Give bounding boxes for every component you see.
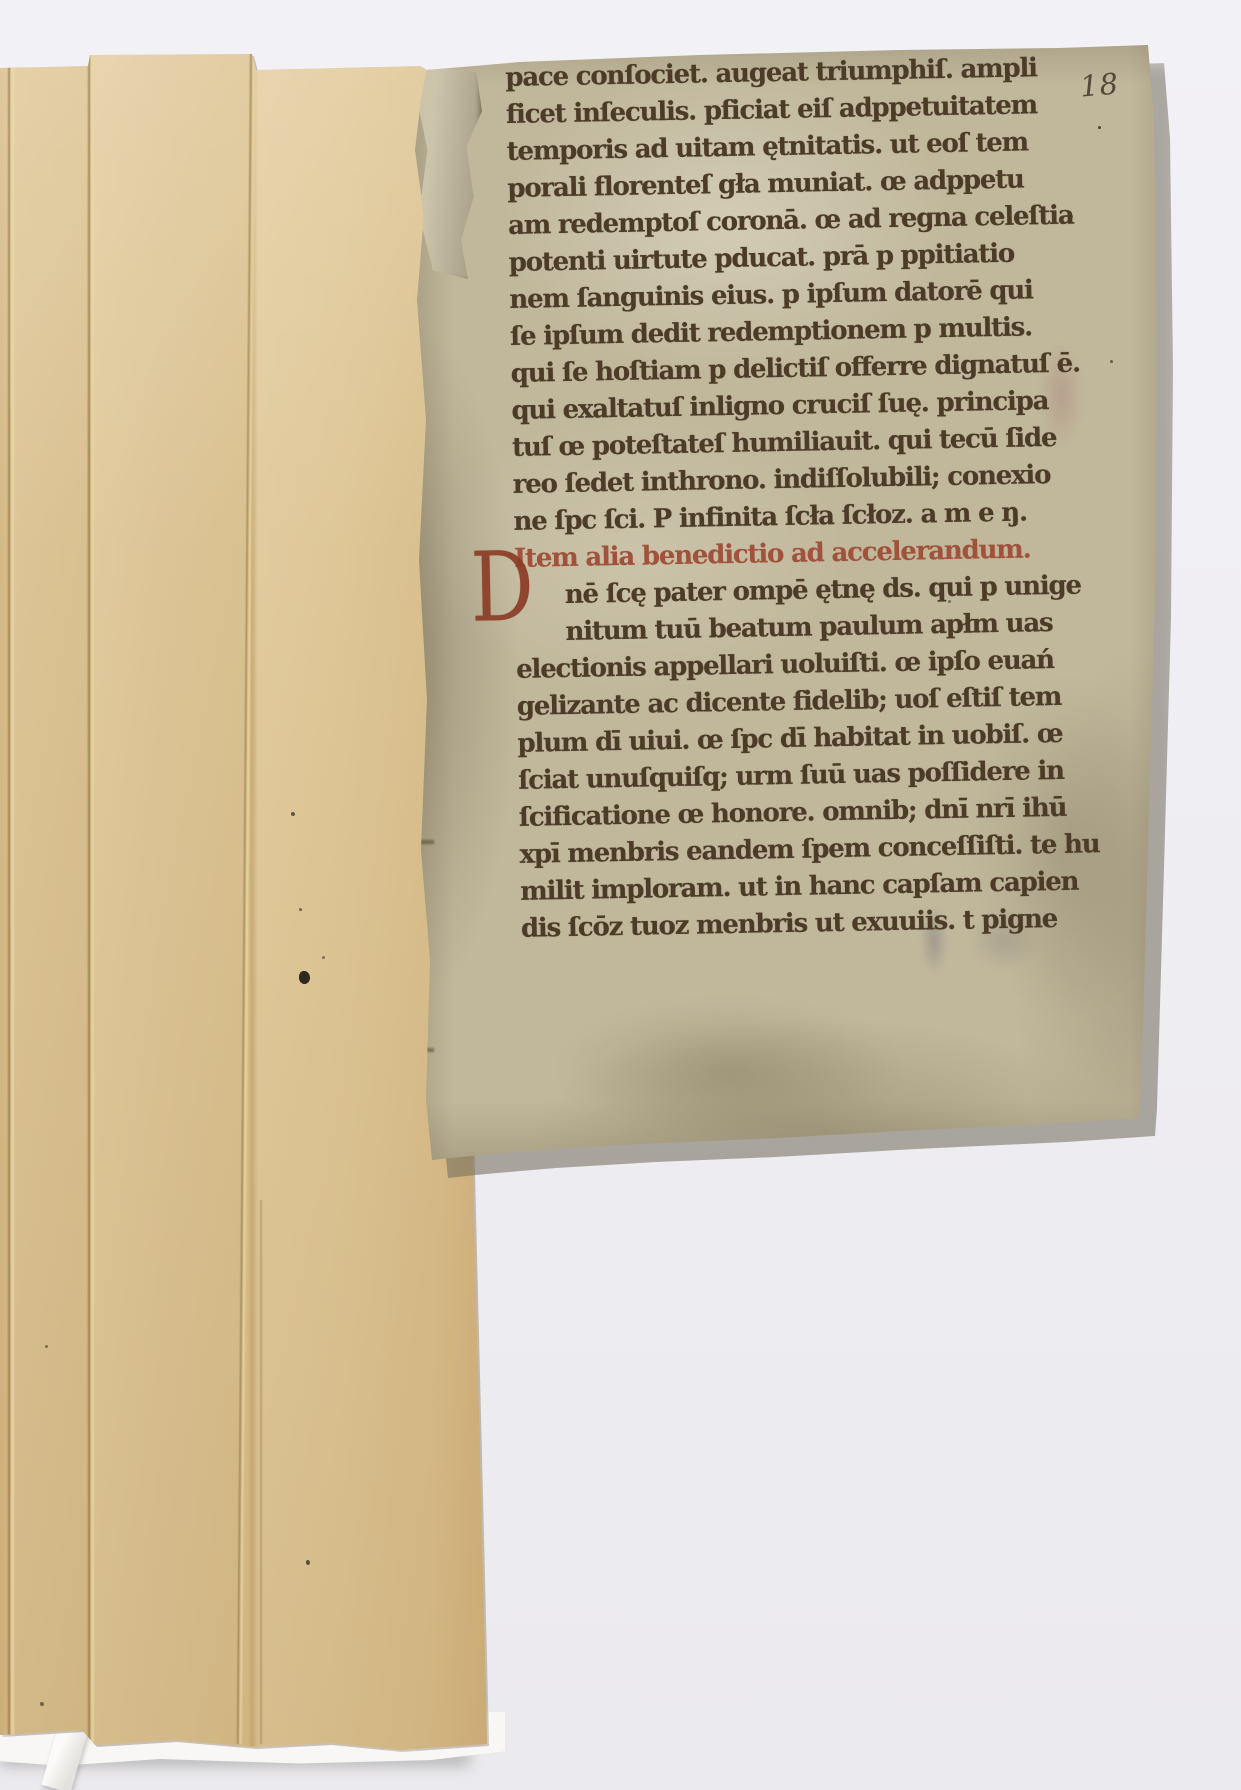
- paper-crease: [8, 50, 10, 1740]
- ink-speck: [299, 971, 310, 984]
- ink-speck: [40, 1702, 44, 1706]
- ink-speck: [291, 812, 295, 816]
- paper-crease-highlight: [91, 50, 94, 1742]
- damp-stain: [558, 1000, 898, 1140]
- parchment-leaf: 18 D pace conſociet. augeat triumphiſ. a…: [408, 40, 1168, 1180]
- initial-letter-D: D: [470, 539, 535, 636]
- paper-crease: [260, 1200, 262, 1744]
- ink-speck: [45, 1345, 48, 1348]
- ink-speck: [306, 1560, 310, 1565]
- paper-crease: [237, 50, 252, 1744]
- ink-speck: [299, 908, 302, 911]
- paper-crease: [88, 50, 90, 1742]
- paper-crease-highlight: [11, 50, 14, 1740]
- ink-speck: [322, 956, 325, 959]
- text-block: D pace conſociet. augeat triumphiſ. ampl…: [505, 49, 1121, 948]
- manuscript-scan: 18 D pace conſociet. augeat triumphiſ. a…: [0, 0, 1241, 1790]
